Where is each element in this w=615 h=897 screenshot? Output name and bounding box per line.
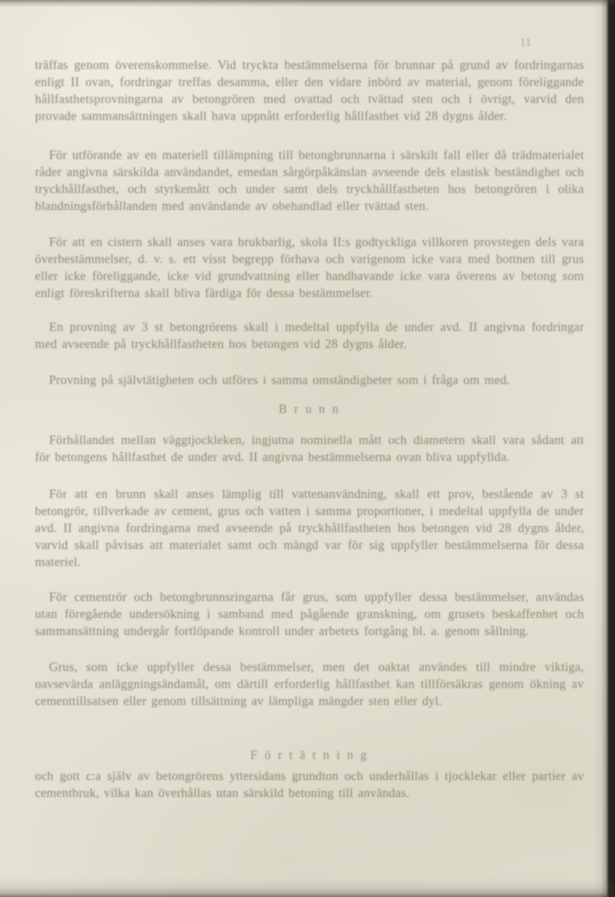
paragraph: En provning av 3 st betongrörens skall i… — [35, 319, 584, 353]
paragraph: För utförande av en materiell tillämpnin… — [35, 147, 584, 215]
paragraph: Provning på självtätigheten och utföres … — [35, 372, 584, 389]
paragraph: träffas genom överenskommelse. Vid tryck… — [35, 57, 584, 125]
paragraph: För att en brunn skall anses lämplig til… — [35, 486, 584, 571]
paragraph: och gott c:a själv av betongrörens ytter… — [35, 768, 584, 802]
section-heading: B r u n n — [35, 401, 584, 417]
scanned-document-page: 11 träffas genom överenskommelse. Vid tr… — [0, 0, 615, 897]
paragraph: Förhållandet mellan väggtjockleken, ingj… — [35, 432, 584, 466]
section-heading: F ö r t ä t n i n g — [35, 747, 584, 763]
paragraph: Grus, som icke uppfyller dessa bestämmel… — [35, 659, 584, 710]
paragraph: För cementrör och betongbrunnsringarna f… — [35, 589, 584, 640]
page-number: 11 — [520, 37, 550, 49]
paragraph: För att en cistern skall anses vara bruk… — [35, 234, 584, 302]
